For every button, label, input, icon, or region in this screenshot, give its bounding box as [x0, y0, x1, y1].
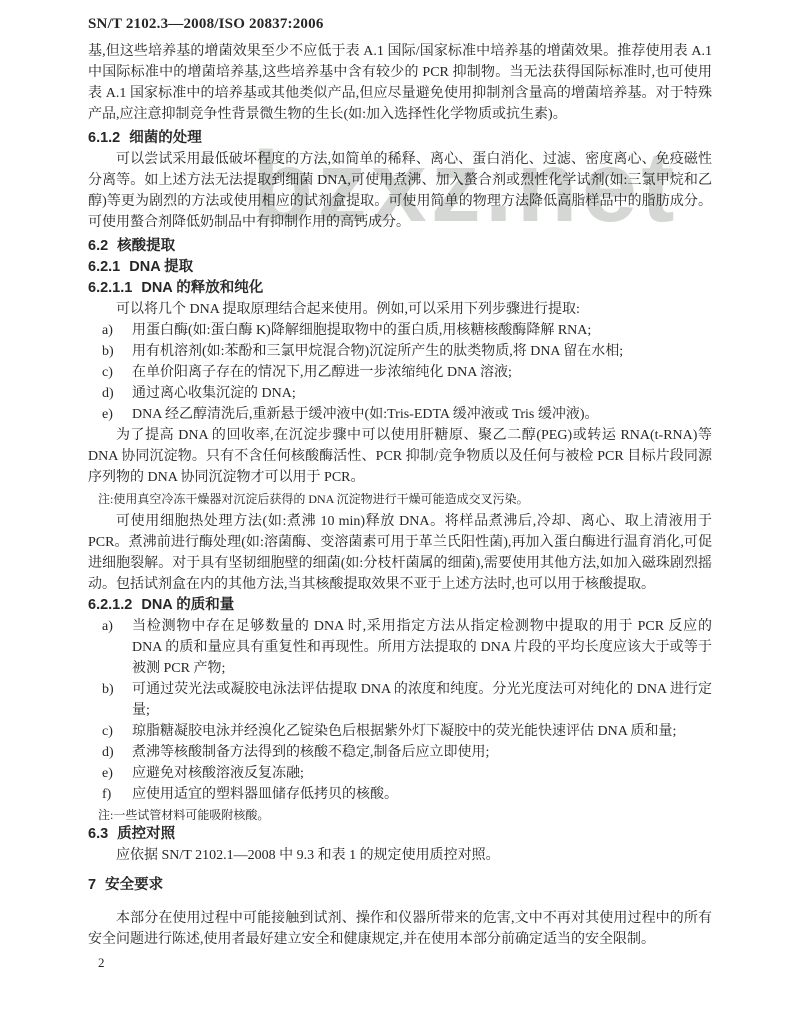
- section-title: DNA 的质和量: [141, 597, 234, 613]
- paragraph: 可使用细胞热处理方法(如:煮沸 10 min)释放 DNA。将样品煮沸后,冷却、…: [88, 511, 712, 595]
- page-content: SN/T 2102.3—2008/ISO 20837:2006 基,但这些培养基…: [88, 0, 712, 971]
- section-number: 6.2.1.1: [88, 280, 132, 296]
- section-number: 6.2: [88, 238, 108, 254]
- list-item-f: f) 应使用适宜的塑料器皿储存低拷贝的核酸。: [88, 784, 712, 805]
- list-text: 煮沸等核酸制备方法得到的核酸不稳定,制备后应立即使用;: [132, 742, 712, 763]
- note: 注:使用真空冷冻干燥器对沉淀后获得的 DNA 沉淀物进行干燥可能造成交叉污染。: [98, 490, 712, 508]
- list-item-e: e) DNA 经乙醇清洗后,重新悬于缓冲液中(如:Tris-EDTA 缓冲液或 …: [88, 404, 712, 425]
- section-heading-6-2-1: 6.2.1DNA 提取: [88, 257, 712, 278]
- list-label: a): [102, 320, 132, 341]
- list-item-b: b) 可通过荧光法或凝胶电泳法评估提取 DNA 的浓度和纯度。分光光度法可对纯化…: [88, 679, 712, 721]
- list-label: b): [102, 679, 132, 721]
- section-number: 6.1.2: [88, 130, 120, 146]
- section-title: 质控对照: [117, 826, 175, 842]
- list-label: c): [102, 721, 132, 742]
- list-text: 在单价阳离子存在的情况下,用乙醇进一步浓缩纯化 DNA 溶液;: [132, 362, 712, 383]
- list-item-d: d) 煮沸等核酸制备方法得到的核酸不稳定,制备后应立即使用;: [88, 742, 712, 763]
- section-heading-6-3: 6.3质控对照: [88, 824, 712, 845]
- section-heading-6-2-1-1: 6.2.1.1DNA 的释放和纯化: [88, 278, 712, 299]
- list-text: 应避免对核酸溶液反复冻融;: [132, 763, 712, 784]
- list-item-c: c) 琼脂糖凝胶电泳并经溴化乙锭染色后根据紫外灯下凝胶中的荧光能快速评估 DNA…: [88, 721, 712, 742]
- section-heading-6-2: 6.2核酸提取: [88, 236, 712, 257]
- section-number: 7: [88, 877, 96, 893]
- list-text: 应使用适宜的塑料器皿储存低拷贝的核酸。: [132, 784, 712, 805]
- list-label: c): [102, 362, 132, 383]
- list-item-d: d) 通过离心收集沉淀的 DNA;: [88, 383, 712, 404]
- list-text: DNA 经乙醇清洗后,重新悬于缓冲液中(如:Tris-EDTA 缓冲液或 Tri…: [132, 404, 712, 425]
- page-number: 2: [98, 954, 712, 971]
- section-number: 6.3: [88, 826, 108, 842]
- list-text: 可通过荧光法或凝胶电泳法评估提取 DNA 的浓度和纯度。分光光度法可对纯化的 D…: [132, 679, 712, 721]
- section-heading-6-2-1-2: 6.2.1.2DNA 的质和量: [88, 595, 712, 616]
- list-label: f): [102, 784, 132, 805]
- section-heading-6-1-2: 6.1.2细菌的处理: [88, 128, 712, 149]
- paragraph: 可以将几个 DNA 提取原理结合起来使用。例如,可以采用下列步骤进行提取:: [88, 299, 712, 320]
- section-title: 核酸提取: [117, 238, 175, 254]
- list-text: 用有机溶剂(如:苯酚和三氯甲烷混合物)沉淀所产生的肽类物质,将 DNA 留在水相…: [132, 341, 712, 362]
- note: 注:一些试管材料可能吸附核酸。: [98, 806, 712, 824]
- document-page: bzxz.net SN/T 2102.3—2008/ISO 20837:2006…: [0, 0, 800, 1030]
- list-label: e): [102, 404, 132, 425]
- section-heading-7: 7安全要求: [88, 875, 712, 896]
- list-label: a): [102, 616, 132, 679]
- section-title: 安全要求: [105, 877, 163, 893]
- paragraph: 本部分在使用过程中可能接触到试剂、操作和仪器所带来的危害,文中不再对其使用过程中…: [88, 908, 712, 950]
- list-item-a: a) 当检测物中存在足够数量的 DNA 时,采用指定方法从指定检测物中提取的用于…: [88, 616, 712, 679]
- list-item-e: e) 应避免对核酸溶液反复冻融;: [88, 763, 712, 784]
- list-item-a: a) 用蛋白酶(如:蛋白酶 K)降解细胞提取物中的蛋白质,用核糖核酸酶降解 RN…: [88, 320, 712, 341]
- list-item-c: c) 在单价阳离子存在的情况下,用乙醇进一步浓缩纯化 DNA 溶液;: [88, 362, 712, 383]
- list-text: 当检测物中存在足够数量的 DNA 时,采用指定方法从指定检测物中提取的用于 PC…: [132, 616, 712, 679]
- list-item-b: b) 用有机溶剂(如:苯酚和三氯甲烷混合物)沉淀所产生的肽类物质,将 DNA 留…: [88, 341, 712, 362]
- paragraph: 为了提高 DNA 的回收率,在沉淀步骤中可以使用肝糖原、聚乙二醇(PEG)或转运…: [88, 425, 712, 488]
- list-text: 通过离心收集沉淀的 DNA;: [132, 383, 712, 404]
- list-label: d): [102, 383, 132, 404]
- section-number: 6.2.1.2: [88, 597, 132, 613]
- section-title: 细菌的处理: [129, 130, 202, 146]
- list-label: d): [102, 742, 132, 763]
- list-label: b): [102, 341, 132, 362]
- list-label: e): [102, 763, 132, 784]
- paragraph-continued: 基,但这些培养基的增菌效果至少不应低于表 A.1 国际/国家标准中培养基的增菌效…: [88, 41, 712, 125]
- list-text: 琼脂糖凝胶电泳并经溴化乙锭染色后根据紫外灯下凝胶中的荧光能快速评估 DNA 质和…: [132, 721, 712, 742]
- paragraph: 应依据 SN/T 2102.1—2008 中 9.3 和表 1 的规定使用质控对…: [88, 845, 712, 866]
- paragraph: 可以尝试采用最低破坏程度的方法,如简单的稀释、离心、蛋白消化、过滤、密度离心、免…: [88, 149, 712, 233]
- section-title: DNA 的释放和纯化: [141, 280, 263, 296]
- section-title: DNA 提取: [129, 259, 193, 275]
- running-header: SN/T 2102.3—2008/ISO 20837:2006: [88, 14, 712, 35]
- section-number: 6.2.1: [88, 259, 120, 275]
- list-text: 用蛋白酶(如:蛋白酶 K)降解细胞提取物中的蛋白质,用核糖核酸酶降解 RNA;: [132, 320, 712, 341]
